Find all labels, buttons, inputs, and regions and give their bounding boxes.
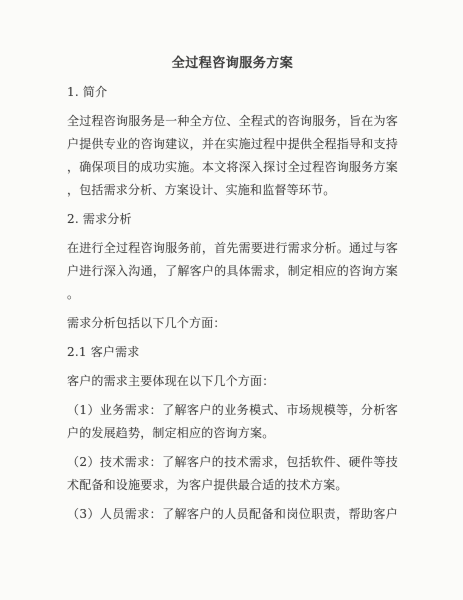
title-block: 全过程咨询服务方案 <box>67 52 398 75</box>
heading-section-2: 2. 需求分析 <box>67 208 398 231</box>
paragraph-business-needs: （1）业务需求：了解客户的业务模式、市场规模等，分析客 户的发展趋势，制定相应的… <box>67 399 398 445</box>
text-line: 全过程咨询服务是一种全方位、全程式的咨询服务，旨在为客 <box>67 110 398 133</box>
text-line: （1）业务需求：了解客户的业务模式、市场规模等，分析客 <box>67 399 398 422</box>
heading-text: 2. 需求分析 <box>67 208 398 231</box>
text-line: 术配备和设施要求，为客户提供最合适的技术方案。 <box>67 474 398 497</box>
heading-text: 2.1 客户需求 <box>67 341 398 364</box>
heading-section-2-1: 2.1 客户需求 <box>67 341 398 364</box>
text-line: 户进行深入沟通，了解客户的具体需求，制定相应的咨询方案 <box>67 260 398 283</box>
paragraph-technical-needs: （2）技术需求：了解客户的技术需求，包括软件、硬件等技 术配备和设施要求，为客户… <box>67 451 398 497</box>
heading-section-1: 1. 简介 <box>67 81 398 104</box>
document-title: 全过程咨询服务方案 <box>67 52 398 75</box>
text-line: 在进行全过程咨询服务前，首先需要进行需求分析。通过与客 <box>67 237 398 260</box>
heading-text: 1. 简介 <box>67 81 398 104</box>
paragraph-customer-needs-intro: 客户的需求主要体现在以下几个方面： <box>67 370 398 393</box>
paragraph-needs-intro: 需求分析包括以下几个方面： <box>67 312 398 335</box>
document-page: 全过程咨询服务方案 1. 简介 全过程咨询服务是一种全方位、全程式的咨询服务，旨… <box>0 0 463 600</box>
text-line: ，确保项目的成功实施。本文将深入探讨全过程咨询服务方案 <box>67 156 398 179</box>
text-line: 户的发展趋势，制定相应的咨询方案。 <box>67 422 398 445</box>
text-line: （2）技术需求：了解客户的技术需求，包括软件、硬件等技 <box>67 451 398 474</box>
text-line: （3）人员需求：了解客户的人员配备和岗位职责，帮助客户 <box>67 503 398 526</box>
text-line: 需求分析包括以下几个方面： <box>67 312 398 335</box>
text-line: ，包括需求分析、方案设计、实施和监督等环节。 <box>67 179 398 202</box>
text-line: 户提供专业的咨询建议，并在实施过程中提供全程指导和支持 <box>67 133 398 156</box>
text-line: 客户的需求主要体现在以下几个方面： <box>67 370 398 393</box>
paragraph-intro: 全过程咨询服务是一种全方位、全程式的咨询服务，旨在为客 户提供专业的咨询建议，并… <box>67 110 398 202</box>
text-line: 。 <box>67 283 398 306</box>
paragraph-needs-analysis: 在进行全过程咨询服务前，首先需要进行需求分析。通过与客 户进行深入沟通，了解客户… <box>67 237 398 306</box>
paragraph-personnel-needs: （3）人员需求：了解客户的人员配备和岗位职责，帮助客户 <box>67 503 398 526</box>
